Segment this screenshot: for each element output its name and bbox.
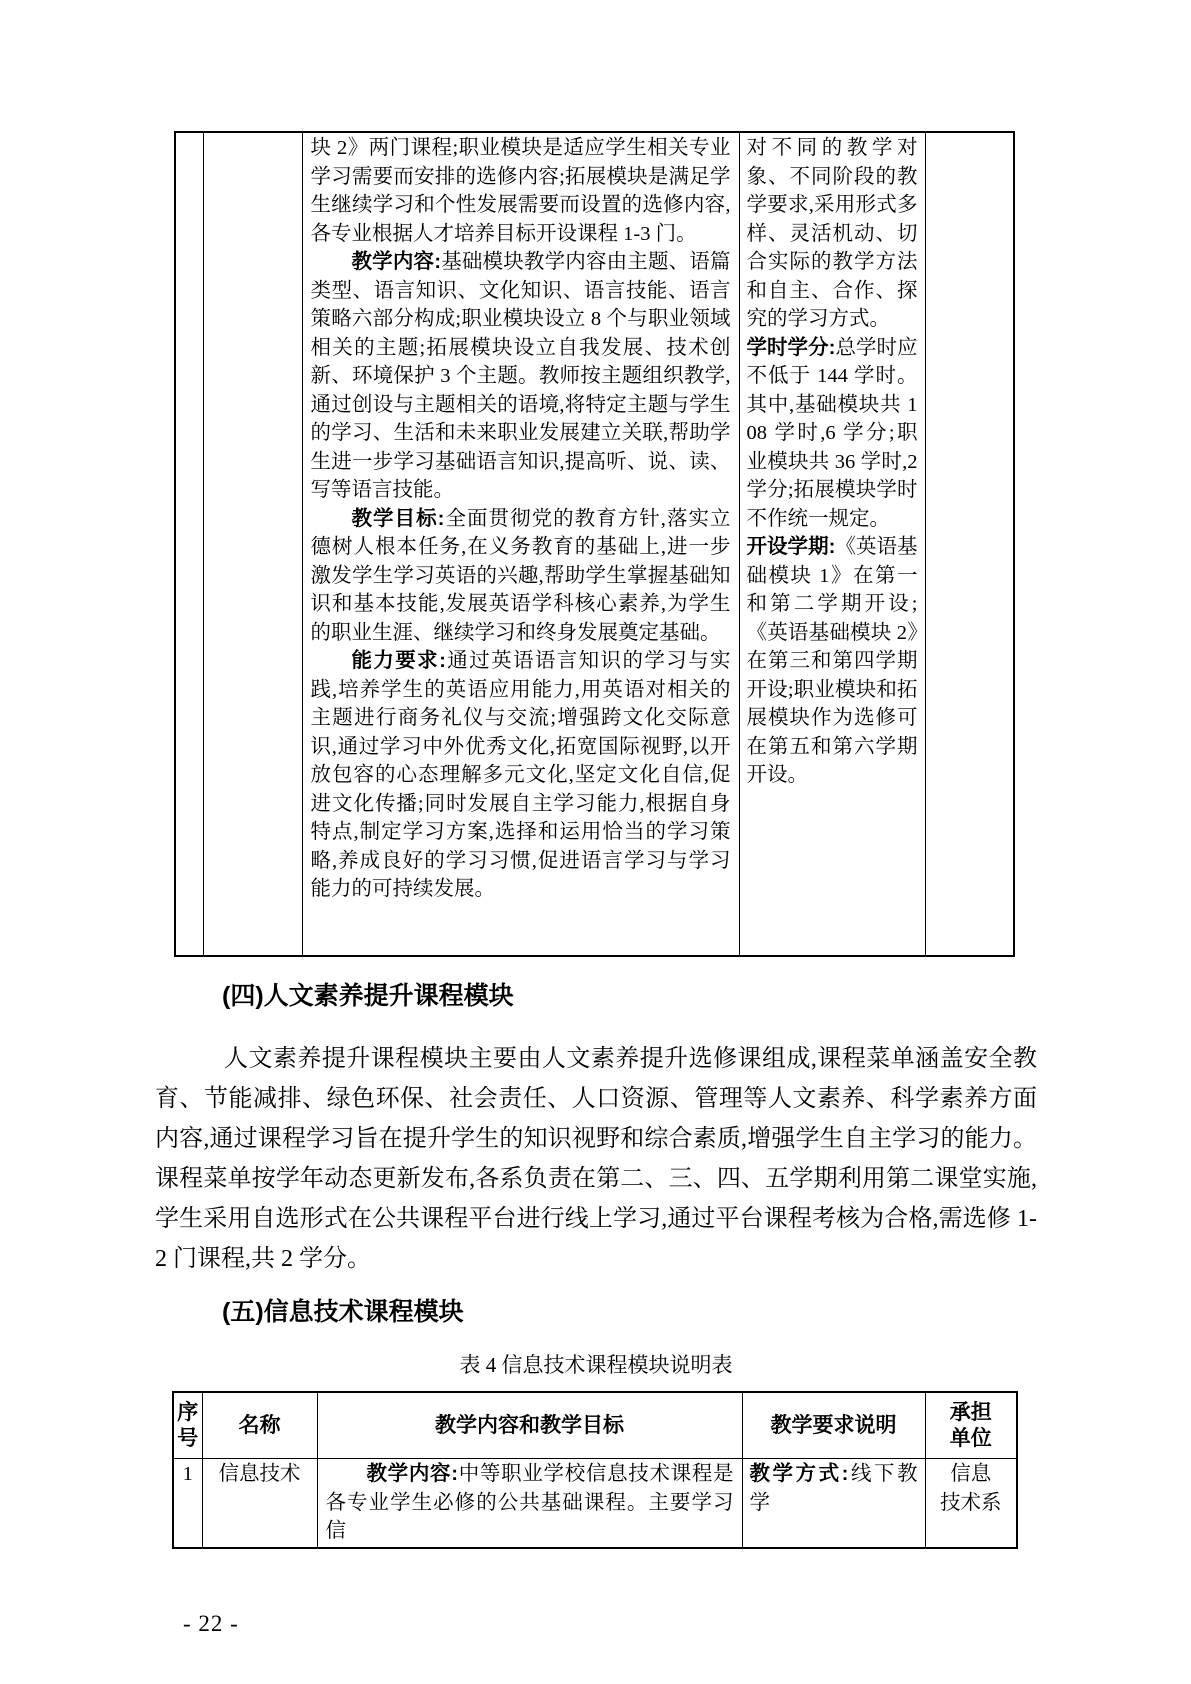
table-row: 1 信息技术 教学内容:中等职业学校信息技术课程是各专业学生必修的公共基础课程。… [173,1459,1017,1548]
paragraph-text: 《英语基础模块 1》在第一和第二学期开设;《英语基础模块 2》在第三和第四学期开… [747,536,918,786]
bold-label: 教学内容: [367,1462,459,1485]
it-module-table: 序号 名称 教学内容和教学目标 教学要求说明 承担 单位 1 信息技术 教学内容… [172,1391,1018,1549]
row-name: 信息技术 [202,1459,317,1548]
bold-label: 开设学期: [747,535,836,558]
bold-label: 能力要求: [352,649,446,672]
row-seq: 1 [173,1459,202,1548]
bold-label: 教学内容: [352,250,442,273]
requirements-cell: 对不同的教学对象、不同阶段的教学要求,采用形式多样、灵活机动、切合实际的教学方法… [739,132,925,956]
section-heading-four: (四)人文素养提升课程模块 [222,981,1191,1011]
paragraph-text: 块 2》两门课程;职业模块是适应学生相关专业学习需要而安排的选修内容;拓展模块是… [311,137,731,245]
unit-cell-empty [925,132,1014,956]
requirement-paragraph: 学时学分:总学时应不低于 144 学时。其中,基础模块共 108 学时,6 学分… [747,334,918,534]
content-paragraph: 教学目标:全面贯彻党的教育方针,落实立德树人根本任务,在义务教育的基础上,进一步… [311,505,731,648]
seq-cell-empty [175,132,203,956]
bold-label: 学时学分: [747,336,836,359]
row-unit: 信息 技术系 [925,1459,1017,1548]
table-row: 块 2》两门课程;职业模块是适应学生相关专业学习需要而安排的选修内容;拓展模块是… [175,132,1014,956]
bold-label: 教学方式: [750,1462,849,1485]
requirement-paragraph: 开设学期:《英语基础模块 1》在第一和第二学期开设;《英语基础模块 2》在第三和… [747,533,918,790]
content-paragraph-continued: 块 2》两门课程;职业模块是适应学生相关专业学习需要而安排的选修内容;拓展模块是… [311,134,731,248]
header-unit: 承担 单位 [925,1392,1017,1459]
paragraph-text: 基础模块教学内容由主题、语篇类型、语言知识、文化知识、语言技能、语言策略六部分构… [311,251,731,501]
content-paragraph: 能力要求:通过英语语言知识的学习与实践,培养学生的英语应用能力,用英语对相关的主… [311,647,731,904]
bold-label: 教学目标: [352,507,445,530]
section-heading-five: (五)信息技术课程模块 [222,1297,1191,1327]
header-content: 教学内容和教学目标 [317,1392,742,1459]
name-cell-empty [203,132,302,956]
humanities-module-paragraph: 人文素养提升课程模块主要由人文素养提升选修课组成,课程菜单涵盖安全教育、节能减排… [155,1039,1037,1279]
course-description-table-continued: 块 2》两门课程;职业模块是适应学生相关专业学习需要而安排的选修内容;拓展模块是… [174,131,1015,957]
content-paragraph: 教学内容:基础模块教学内容由主题、语篇类型、语言知识、文化知识、语言技能、语言策… [311,248,731,505]
paragraph-text: 总学时应不低于 144 学时。其中,基础模块共 108 学时,6 学分;职业模块… [747,337,918,530]
page-number: - 22 - [183,1611,1191,1637]
row-content: 教学内容:中等职业学校信息技术课程是各专业学生必修的公共基础课程。主要学习信 [317,1459,742,1548]
row-requirement: 教学方式:线下教学 [742,1459,925,1548]
header-name: 名称 [202,1392,317,1459]
paragraph-text: 对不同的教学对象、不同阶段的教学要求,采用形式多样、灵活机动、切合实际的教学方法… [747,137,918,330]
header-requirement: 教学要求说明 [742,1392,925,1459]
content-cell: 块 2》两门课程;职业模块是适应学生相关专业学习需要而安排的选修内容;拓展模块是… [302,132,739,956]
requirement-paragraph: 教学方式:线下教学 [750,1460,918,1517]
content-paragraph: 教学内容:中等职业学校信息技术课程是各专业学生必修的公共基础课程。主要学习信 [326,1460,734,1546]
table-header-row: 序号 名称 教学内容和教学目标 教学要求说明 承担 单位 [173,1392,1017,1459]
header-seq: 序号 [173,1392,202,1459]
table4-caption: 表 4 信息技术课程模块说明表 [155,1351,1037,1379]
document-page: 块 2》两门课程;职业模块是适应学生相关专业学习需要而安排的选修内容;拓展模块是… [0,0,1191,1684]
requirement-paragraph-continued: 对不同的教学对象、不同阶段的教学要求,采用形式多样、灵活机动、切合实际的教学方法… [747,134,918,334]
paragraph-text: 通过英语语言知识的学习与实践,培养学生的英语应用能力,用英语对相关的主题进行商务… [311,650,731,900]
